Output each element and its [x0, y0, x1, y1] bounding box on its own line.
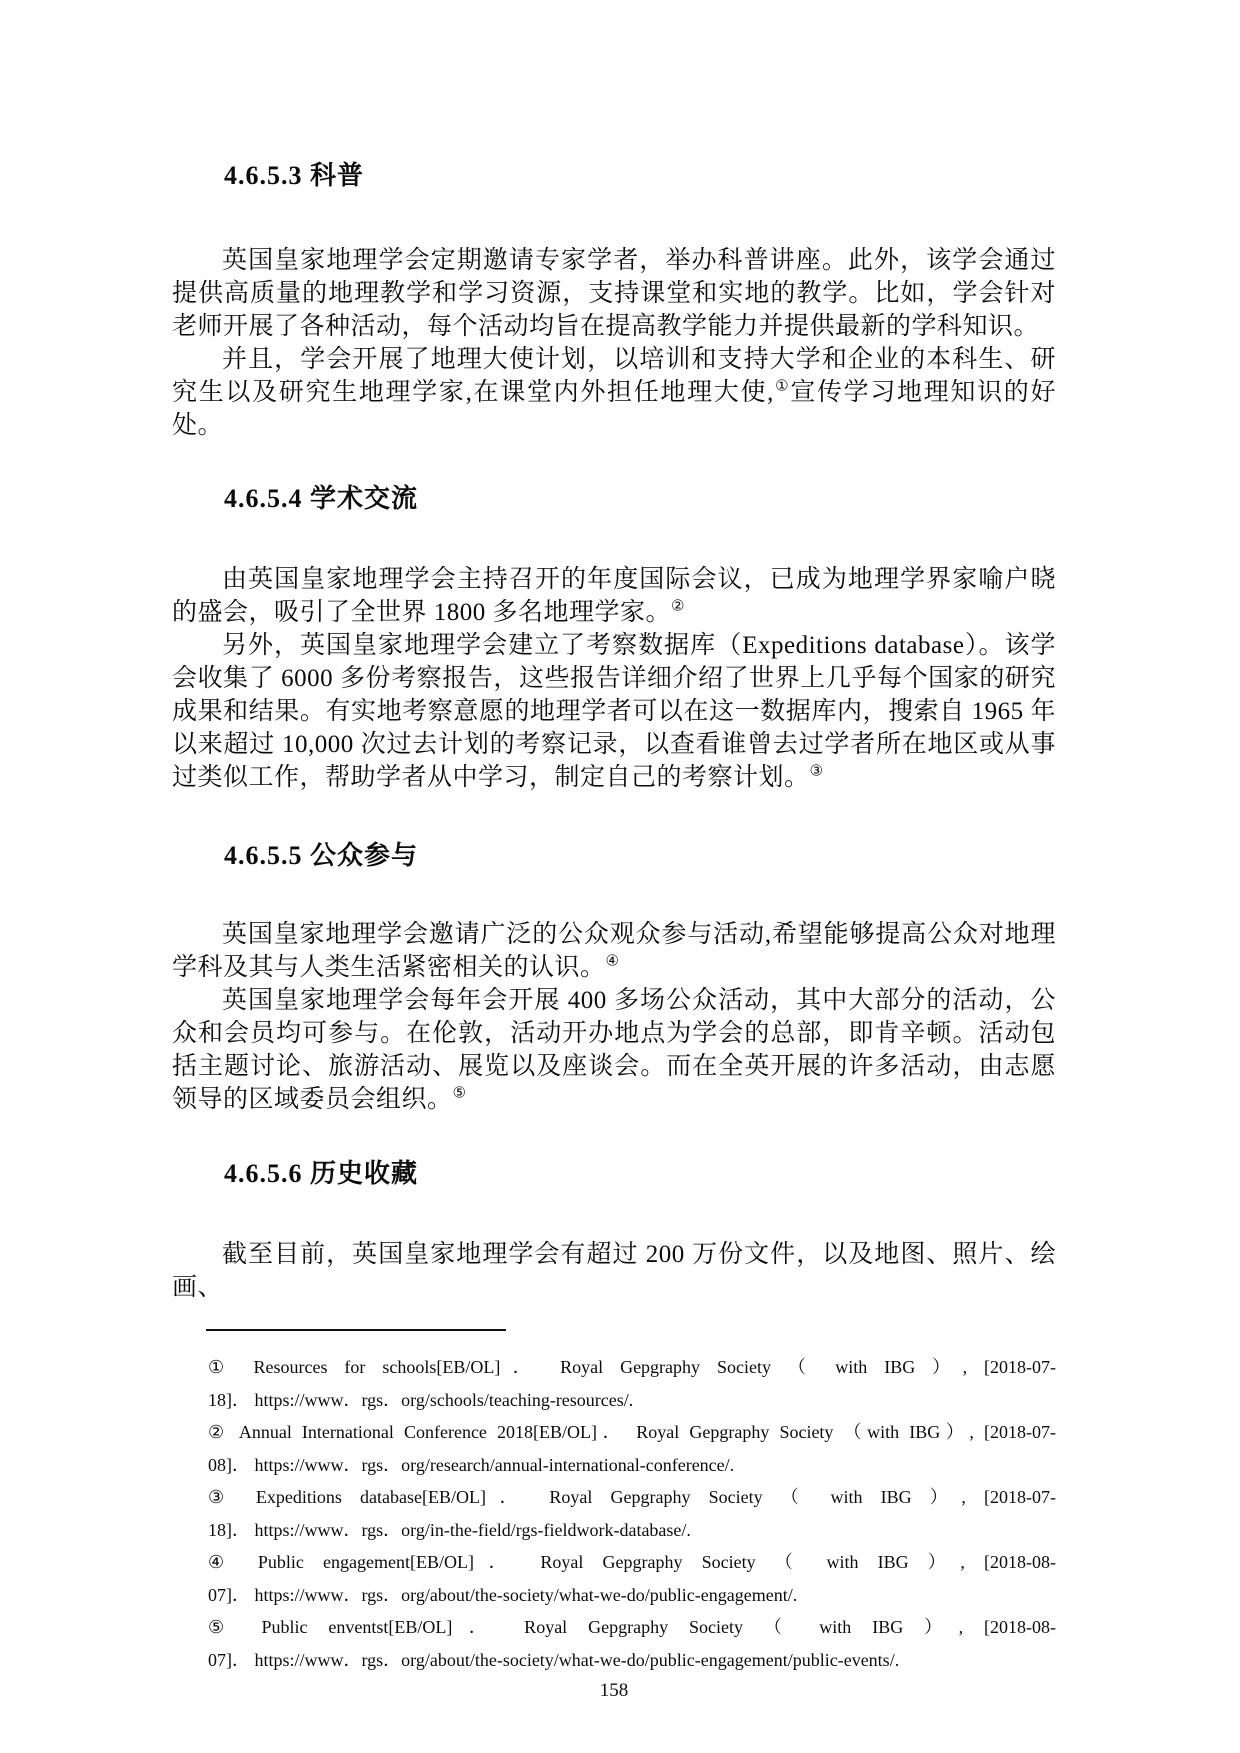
footnote-line: ① Resources for schools[EB/OL]． Royal Ge… [208, 1351, 1056, 1384]
footnote-line: ⑤ Public enventst[EB/OL]． Royal Gepgraph… [208, 1611, 1056, 1644]
footnote-ref-marker: ⑤ [453, 1086, 467, 1102]
page-number: 158 [172, 1678, 1056, 1704]
footnote-line: 07]． https://www．rgs．org/about/the-socie… [208, 1644, 1056, 1677]
footnote-separator [206, 1329, 506, 1331]
paragraph-text: 截至目前，英国皇家地理学会有超过 200 万份文件，以及地图、照片、绘画、 [172, 1241, 1056, 1301]
paragraph-text: 英国皇家地理学会定期邀请专家学者，举办科普讲座。此外，该学会通过提供高质量的地理… [172, 247, 1056, 340]
footnote-line: 18]． https://www．rgs．org/in-the-field/rg… [208, 1514, 1056, 1547]
paragraph: 并且，学会开展了地理大使计划，以培训和支持大学和企业的本科生、研究生以及研究生地… [172, 343, 1056, 442]
footnote-line: ③ Expeditions database[EB/OL]． Royal Gep… [208, 1481, 1056, 1514]
paragraph: 截至目前，英国皇家地理学会有超过 200 万份文件，以及地图、照片、绘画、 [172, 1238, 1056, 1304]
footnote-line: ② Annual International Conference 2018[E… [208, 1416, 1056, 1449]
footnote-line: 18]． https://www．rgs．org/schools/teachin… [208, 1384, 1056, 1417]
paragraph: 英国皇家地理学会邀请广泛的公众观众参与活动,希望能够提高公众对地理学科及其与人类… [172, 918, 1056, 984]
page-content: 4.6.5.3 科普 英国皇家地理学会定期邀请专家学者，举办科普讲座。此外，该学… [172, 0, 1056, 1704]
footnote-line: 07]． https://www．rgs．org/about/the-socie… [208, 1579, 1056, 1612]
document-page: 4.6.5.3 科普 英国皇家地理学会定期邀请专家学者，举办科普讲座。此外，该学… [0, 0, 1240, 1753]
section-heading: 4.6.5.3 科普 [172, 158, 1056, 194]
paragraph: 另外，英国皇家地理学会建立了考察数据库（Expeditions database… [172, 629, 1056, 794]
paragraph: 英国皇家地理学会定期邀请专家学者，举办科普讲座。此外，该学会通过提供高质量的地理… [172, 244, 1056, 343]
section-heading: 4.6.5.5 公众参与 [172, 838, 1056, 874]
footnote-line: 08]． https://www．rgs．org/research/annual… [208, 1449, 1056, 1482]
paragraph-text: 英国皇家地理学会邀请广泛的公众观众参与活动,希望能够提高公众对地理学科及其与人类… [172, 921, 1056, 981]
section-heading: 4.6.5.6 历史收藏 [172, 1156, 1056, 1192]
footnote: ④ Public engagement[EB/OL]． Royal Gepgra… [208, 1546, 1056, 1611]
footnote-line: ④ Public engagement[EB/OL]． Royal Gepgra… [208, 1546, 1056, 1579]
footnote: ③ Expeditions database[EB/OL]． Royal Gep… [208, 1481, 1056, 1546]
footnote-ref-marker: ④ [606, 954, 620, 970]
paragraph-text: 由英国皇家地理学会主持召开的年度国际会议，已成为地理学界家喻户晓的盛会，吸引了全… [172, 566, 1056, 626]
paragraph: 由英国皇家地理学会主持召开的年度国际会议，已成为地理学界家喻户晓的盛会，吸引了全… [172, 563, 1056, 629]
footnote: ② Annual International Conference 2018[E… [208, 1416, 1056, 1481]
footnote-ref-marker: ③ [810, 764, 824, 780]
footnote-ref-marker: ① [774, 379, 790, 395]
paragraph-text: 另外，英国皇家地理学会建立了考察数据库（Expeditions database… [172, 632, 1056, 791]
footnote: ① Resources for schools[EB/OL]． Royal Ge… [208, 1351, 1056, 1416]
paragraph-text: 英国皇家地理学会每年会开展 400 多场公众活动，其中大部分的活动，公众和会员均… [172, 987, 1056, 1113]
footnote-ref-marker: ② [671, 599, 685, 615]
paragraph: 英国皇家地理学会每年会开展 400 多场公众活动，其中大部分的活动，公众和会员均… [172, 984, 1056, 1116]
section-heading: 4.6.5.4 学术交流 [172, 481, 1056, 517]
footnote: ⑤ Public enventst[EB/OL]． Royal Gepgraph… [208, 1611, 1056, 1676]
footnotes: ① Resources for schools[EB/OL]． Royal Ge… [172, 1351, 1056, 1676]
